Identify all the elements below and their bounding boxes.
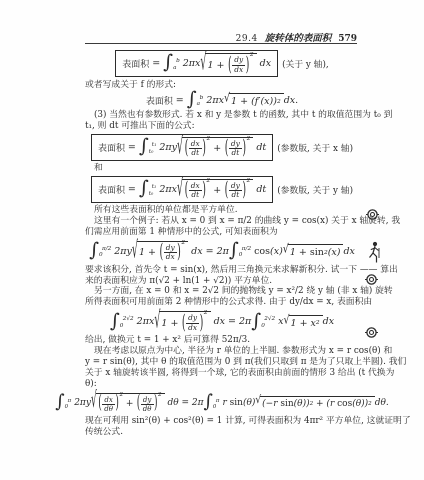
formula-surface-area-f-form: 表面积 = ∫ba2πx√1 + (f′(x))2dx. [146, 92, 298, 108]
page-header: 29.4 旋转体的表面积 579 [236, 30, 357, 44]
text-line: (3) 当然也有参数形式. 若 x 和 y 是参数 t 的函数, 其中 t 的取… [85, 110, 359, 121]
text-line: 传统公式. [85, 427, 359, 438]
page-content: 表面积 = ∫ba2πx√1 + (dydx)2 dx (关于 y 轴), 或者… [85, 50, 359, 438]
text-line: 们需应用前面第 1 种情形中的公式, 可知表面积为 [85, 227, 359, 238]
boxed-formula-row-3: 表面积 = ∫t₁t₀2πx√(dxdt)2 + (dydt)2 dt (参数版… [85, 176, 359, 203]
text-line: 关于 x 轴旋转该半圆, 将得到一个球, 它的表面积由前面的情形 3 给出 (t… [85, 368, 359, 379]
formula-cosine-surface: ∫π/202πy√1 + (dydx)2 dx = 2π∫π/20cos(x)√… [89, 241, 355, 262]
formula-row-f-form: 表面积 = ∫ba2πx√1 + (f′(x))2dx. [85, 92, 359, 108]
formula-row-parabola-example: ∫2√202πx√1 + (dydx)2 dx = 2π∫2√20x√1 + x… [85, 311, 359, 332]
text-line: 所得表面积可用前面第 2 种情形中的公式求得. 由于 dy/dx = x, 表面… [85, 297, 359, 308]
text-line: 现在考虑以原点为中心, 半径为 r 单位的上半圆. 参数形式为 x = r co… [85, 346, 359, 357]
book-page: 29.4 旋转体的表面积 579 表面积 = ∫ba2πx√1 + (dydx)… [0, 0, 424, 480]
text-line: 这里有一个例子: 若从 x = 0 到 x = π/2 的曲线 y = cos(… [85, 216, 359, 227]
formula-row-sphere-example: ∫π02πy√(dxdθ)2 + (dydθ)2 dθ = 2π∫π0r sin… [71, 393, 373, 413]
formula-parabola-surface: ∫2√202πx√1 + (dydx)2 dx = 2π∫2√20x√1 + x… [110, 311, 334, 332]
text-line: 所有这些表面积的单位都是平方单位. [85, 205, 359, 216]
formula-2-note: (参数版, 关于 x 轴) [277, 141, 353, 154]
text-line: y = r sin(θ), 其中 θ 的取值范围为 0 到 π(我们只取到 π … [85, 357, 359, 368]
section-title: 旋转体的表面积 [265, 30, 332, 44]
boxed-formula-row-1: 表面积 = ∫ba2πx√1 + (dydx)2 dx (关于 y 轴), [85, 50, 359, 77]
text-line: 来的表面积应为 π(√2 + ln(1 + √2)) 平方单位. [85, 276, 359, 287]
formula-row-cosine-example: ∫π/202πy√1 + (dydx)2 dx = 2π∫π/20cos(x)√… [85, 241, 359, 262]
text-line: 另一方面, 在 x = 0 和 x = 2√2 间的抛物线 y = x²/2 绕… [85, 286, 359, 297]
spiral-icon [365, 271, 378, 290]
formula-parametric-y-axis: 表面积 = ∫t₁t₀2πx√(dxdt)2 + (dydt)2 dt [91, 176, 273, 203]
formula-sphere-surface: ∫π02πy√(dxdθ)2 + (dydθ)2 dθ = 2π∫π0r sin… [55, 393, 388, 413]
formula-1-note: (关于 y 轴), [282, 57, 329, 70]
formula-surface-area-y-axis: 表面积 = ∫ba2πx√1 + (dydx)2 dx [115, 50, 278, 77]
text-line: θ): [85, 379, 359, 390]
text-line: 或者写成关于 f 的形式: [85, 80, 359, 91]
text-line: 现在可利用 sin²(θ) + cos²(θ) = 1 计算, 可得表面积为 4… [85, 416, 359, 427]
header-rule [85, 43, 357, 44]
hiker-icon [366, 241, 382, 268]
spiral-icon [365, 324, 378, 343]
text-line: t₁, 则 dt 可推出下面的公式: [85, 121, 359, 132]
boxed-formula-row-2: 表面积 = ∫t₁t₀2πy√(dxdt)2 + (dydt)2 dt (参数版… [85, 134, 359, 161]
formula-3-note: (参数版, 关于 y 轴) [277, 183, 353, 196]
text-line: 要求该积分, 首先令 t = sin(x), 然后用三角换元来求解新积分. 试一… [85, 265, 359, 276]
formula-parametric-x-axis: 表面积 = ∫t₁t₀2πy√(dxdt)2 + (dydt)2 dt [91, 134, 273, 161]
and-connector: 和 [85, 163, 359, 174]
text-line: 给出, 做换元 t = 1 + x² 后可算得 52π/3. [85, 335, 359, 346]
spiral-icon [366, 206, 379, 225]
